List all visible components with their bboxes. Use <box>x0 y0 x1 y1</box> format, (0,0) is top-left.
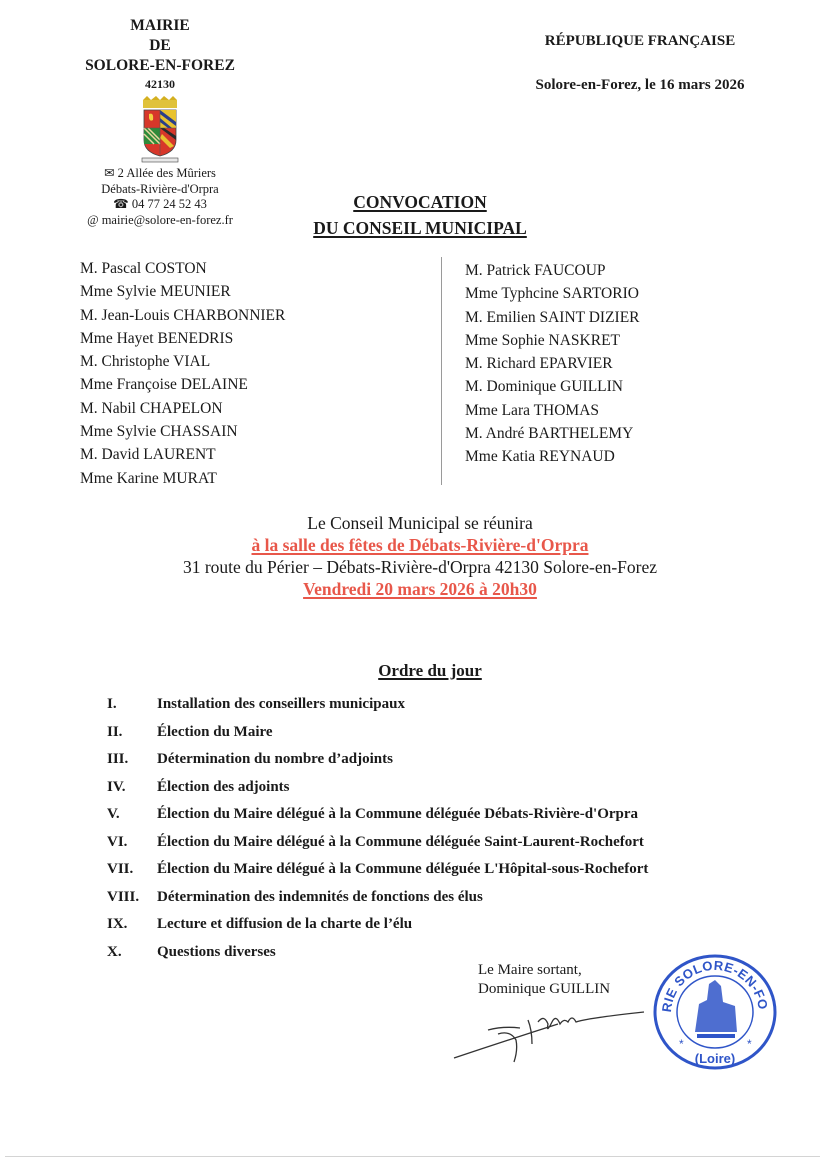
agenda-item: II.Élection du Maire <box>107 719 747 747</box>
agenda-item-text: Élection du Maire délégué à la Commune d… <box>157 806 638 823</box>
official-stamp-icon: MAIRIE SOLORE-EN-FOREZ * * (Loire) <box>651 950 779 1070</box>
title-line-1: CONVOCATION <box>353 192 487 212</box>
member-name: M. Patrick FAUCOUP <box>465 259 640 282</box>
agenda-item: IV.Élection des adjoints <box>107 774 747 802</box>
agenda-item-text: Élection du Maire <box>157 724 273 741</box>
member-name: Mme Karine MURAT <box>80 467 285 490</box>
agenda-item-text: Élection du Maire délégué à la Commune d… <box>157 834 644 851</box>
agenda-item: VII.Élection du Maire délégué à la Commu… <box>107 856 747 884</box>
member-name: M. Richard EPARVIER <box>465 352 640 375</box>
address-street: 2 Allée des Mûriers <box>118 166 216 180</box>
mairie-phone: 04 77 24 52 43 <box>132 197 207 211</box>
meeting-datetime: Vendredi 20 mars 2026 à 20h30 <box>303 579 537 599</box>
agenda-item-text: Lecture et diffusion de la charte de l’é… <box>157 916 412 933</box>
agenda-list: I.Installation des conseillers municipau… <box>107 691 747 966</box>
svg-text:*: * <box>747 1037 752 1051</box>
member-name: M. Pascal COSTON <box>80 257 285 280</box>
agenda-title: Ordre du jour <box>300 661 560 681</box>
mairie-phone-line: ☎ 04 77 24 52 43 <box>60 197 260 213</box>
meeting-info: Le Conseil Municipal se réunira à la sal… <box>100 512 740 600</box>
agenda-item: V.Élection du Maire délégué à la Commune… <box>107 801 747 829</box>
agenda-item: I.Installation des conseillers municipau… <box>107 691 747 719</box>
agenda-item-text: Détermination du nombre d’adjoints <box>157 751 393 768</box>
postal-code: 42130 <box>60 76 260 92</box>
mairie-title-line-3: SOLORE-EN-FOREZ <box>60 56 260 76</box>
handwritten-signature-icon <box>448 1000 648 1070</box>
agenda-item-number: VII. <box>107 861 157 878</box>
agenda-item-number: VIII. <box>107 889 157 906</box>
member-name: Mme Sophie NASKRET <box>465 329 640 352</box>
svg-text:*: * <box>679 1037 684 1051</box>
phone-icon: ☎ <box>113 197 129 211</box>
mail-icon: ✉ <box>104 166 114 180</box>
place-date: Solore-en-Forez, le 16 mars 2026 <box>490 77 790 94</box>
agenda-item-number: IX. <box>107 916 157 933</box>
agenda-item-number: VI. <box>107 834 157 851</box>
document-title: CONVOCATION DU CONSEIL MUNICIPAL <box>260 189 580 241</box>
member-name: Mme Katia REYNAUD <box>465 445 640 468</box>
member-name: M. Dominique GUILLIN <box>465 375 640 398</box>
mairie-header: MAIRIE DE SOLORE-EN-FOREZ 42130 ✉ 2 Allé… <box>60 16 260 228</box>
member-name: M. Jean-Louis CHARBONNIER <box>80 304 285 327</box>
member-name: Mme Françoise DELAINE <box>80 373 285 396</box>
title-line-2: DU CONSEIL MUNICIPAL <box>313 218 527 238</box>
member-name: Mme Hayet BENEDRIS <box>80 327 285 350</box>
member-name: M. Emilien SAINT DIZIER <box>465 306 640 329</box>
svg-text:(Loire): (Loire) <box>695 1051 735 1066</box>
agenda-item-number: II. <box>107 724 157 741</box>
meeting-intro: Le Conseil Municipal se réunira <box>100 512 740 534</box>
member-name: Mme Sylvie MEUNIER <box>80 280 285 303</box>
member-name: Mme Typhcine SARTORIO <box>465 282 640 305</box>
agenda-item-number: III. <box>107 751 157 768</box>
mairie-email[interactable]: mairie@solore-en-forez.fr <box>102 213 233 227</box>
agenda-item-text: Élection des adjoints <box>157 779 290 796</box>
agenda-item-number: V. <box>107 806 157 823</box>
members-left-column: M. Pascal COSTONMme Sylvie MEUNIERM. Jea… <box>80 257 285 490</box>
member-name: M. André BARTHELEMY <box>465 422 640 445</box>
mairie-title-line-2: DE <box>60 36 260 56</box>
member-name: Mme Lara THOMAS <box>465 399 640 422</box>
signature-block: Le Maire sortant, Dominique GUILLIN <box>478 961 610 999</box>
republic-heading: RÉPUBLIQUE FRANÇAISE <box>490 33 790 50</box>
meeting-venue: à la salle des fêtes de Débats-Rivière-d… <box>252 535 589 555</box>
agenda-item-number: IV. <box>107 779 157 796</box>
column-divider <box>441 257 442 485</box>
agenda-item-text: Détermination des indemnités de fonction… <box>157 889 483 906</box>
member-name: M. Christophe VIAL <box>80 350 285 373</box>
coat-of-arms-icon <box>138 96 182 164</box>
agenda-item: III.Détermination du nombre d’adjoints <box>107 746 747 774</box>
meeting-address: 31 route du Périer – Débats-Rivière-d'Or… <box>100 556 740 578</box>
agenda-item: IX.Lecture et diffusion de la charte de … <box>107 911 747 939</box>
mairie-title-line-1: MAIRIE <box>60 16 260 36</box>
scan-edge-line <box>5 1156 820 1157</box>
signatory-role: Le Maire sortant, <box>478 961 610 980</box>
email-icon: @ <box>87 213 99 227</box>
member-name: M. David LAURENT <box>80 443 285 466</box>
agenda-item-number: I. <box>107 696 157 713</box>
agenda-item-text: Installation des conseillers municipaux <box>157 696 405 713</box>
members-right-column: M. Patrick FAUCOUPMme Typhcine SARTORIOM… <box>465 259 640 469</box>
agenda-item-number: X. <box>107 944 157 961</box>
mairie-address-line-1: ✉ 2 Allée des Mûriers <box>60 166 260 182</box>
agenda-item-text: Questions diverses <box>157 944 276 961</box>
agenda-item-text: Élection du Maire délégué à la Commune d… <box>157 861 648 878</box>
agenda-item: VIII.Détermination des indemnités de fon… <box>107 884 747 912</box>
agenda-item: VI.Élection du Maire délégué à la Commun… <box>107 829 747 857</box>
member-name: M. Nabil CHAPELON <box>80 397 285 420</box>
member-name: Mme Sylvie CHASSAIN <box>80 420 285 443</box>
signatory-name: Dominique GUILLIN <box>478 980 610 999</box>
mairie-email-line: @ mairie@solore-en-forez.fr <box>60 213 260 229</box>
mairie-address-line-2: Débats-Rivière-d'Orpra <box>60 182 260 198</box>
